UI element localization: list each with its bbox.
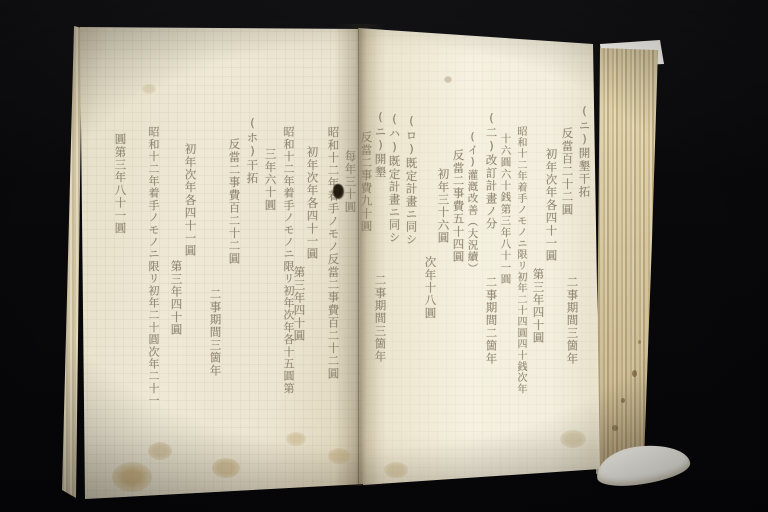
left-page-grid — [78, 22, 364, 500]
right-page-grid — [356, 26, 602, 486]
foxing-speck — [612, 425, 618, 431]
gutter-crease — [358, 26, 359, 484]
right-page — [356, 26, 602, 486]
foxing-speck — [621, 398, 625, 403]
book: (ニ)開墾干拓反當百二十二圓二事期間三箇年初年次年各四十一圓第三年四十圓昭和十二… — [0, 0, 768, 512]
foxing-speck — [632, 370, 637, 377]
photo-frame: { "image": { "description": "Photograph … — [0, 0, 768, 512]
right-fore-edge — [594, 40, 668, 478]
foxing-speck — [638, 340, 641, 344]
left-page — [78, 22, 364, 500]
left-fore-edge — [62, 26, 82, 500]
